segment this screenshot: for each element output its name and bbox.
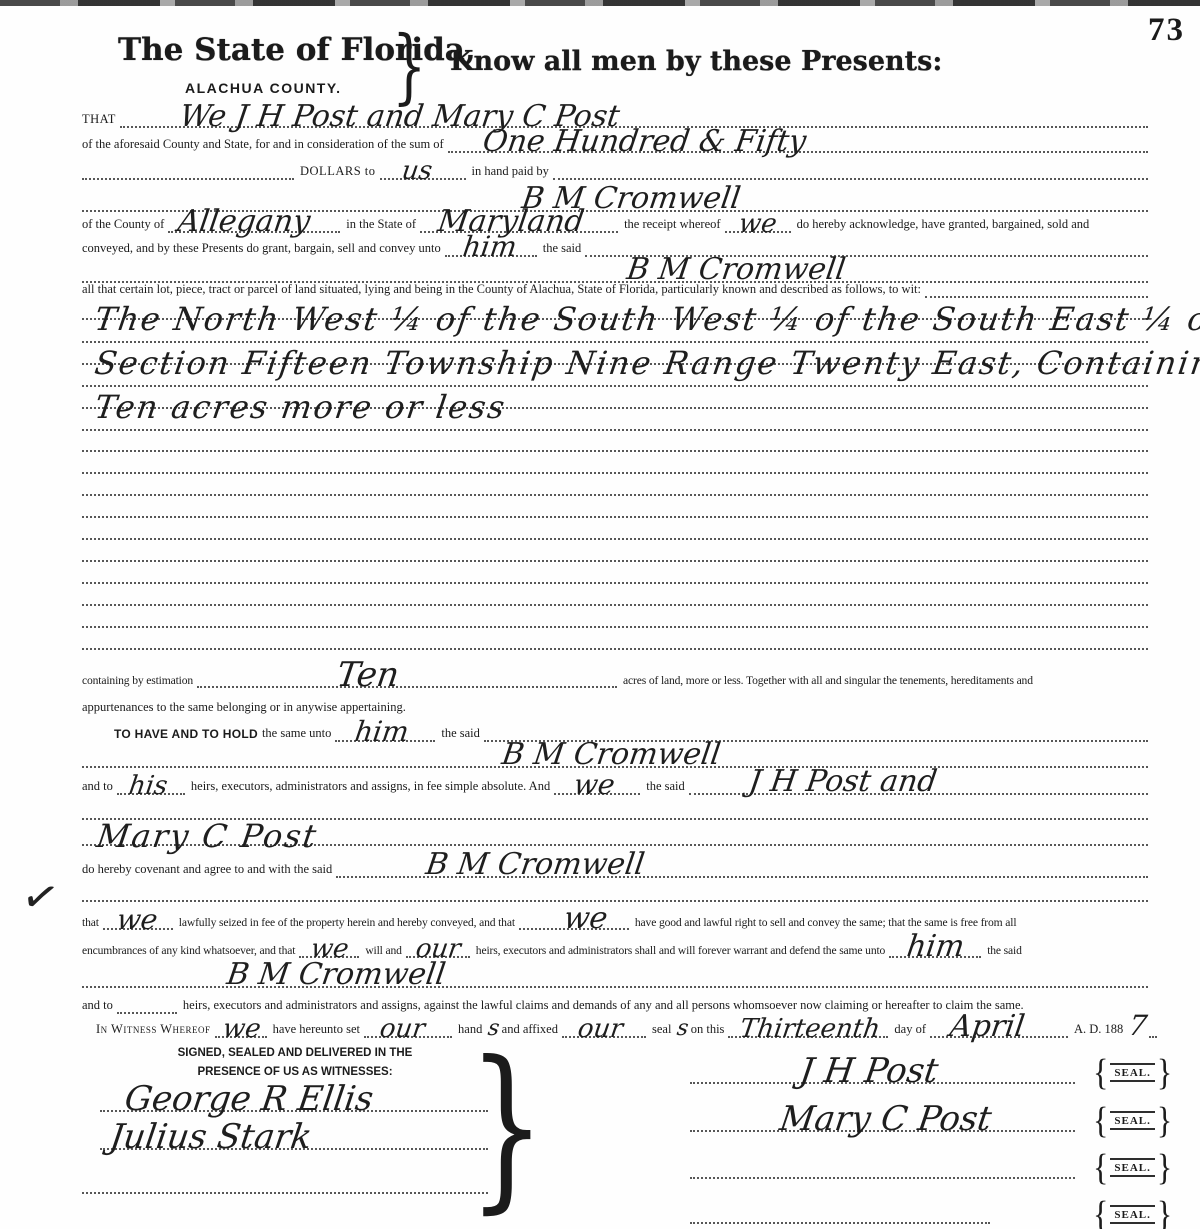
witness-heading-line1: SIGNED, SEALED AND DELIVERED IN THE — [150, 1044, 440, 1063]
seal-label: SEAL. — [1110, 1063, 1155, 1082]
seal-open-brace: { — [1093, 1056, 1108, 1089]
line-estimation: containing by estimation Ten acres of la… — [82, 662, 1148, 688]
signer1-signature: J H Post — [798, 1054, 941, 1088]
warrant-name-handwriting: B M Cromwell — [225, 960, 447, 990]
checkmark-icon: ✓ — [17, 869, 64, 927]
seal-stamp: { SEAL. } — [1093, 1058, 1172, 1087]
warrant-name-blank: B M Cromwell — [82, 982, 1148, 988]
scan-edge-artifact — [0, 0, 1200, 6]
seal-stamp: { SEAL. } — [1093, 1200, 1172, 1229]
seal-open-brace: { — [1093, 1198, 1108, 1229]
witness-heading: SIGNED, SEALED AND DELIVERED IN THE PRES… — [150, 1044, 440, 1082]
line-heirs: and to his heirs, executors, administrat… — [82, 769, 1148, 795]
grantor2-handwriting: Mary C Post — [95, 820, 320, 852]
ad-year-label: A. D. 188 — [1068, 1022, 1127, 1038]
seized-we2-blank: we — [519, 924, 629, 930]
ruled-line — [82, 878, 1148, 902]
signer-signature-line — [690, 1198, 990, 1224]
seal-stamp: { SEAL. } — [1093, 1153, 1172, 1182]
seized-we1-blank: we — [103, 924, 173, 930]
line-witness-clause: In Witness Whereof we have hereunto set … — [96, 1012, 1148, 1038]
containing-label: containing by estimation — [82, 674, 197, 688]
wc-month-blank: April — [930, 1032, 1068, 1038]
dollars-to-handwriting: us — [400, 158, 434, 184]
header-brace: } — [392, 26, 426, 107]
line-grantor2: Mary C Post — [82, 818, 1148, 846]
sum-blank: One Hundred & Fifty — [448, 147, 1148, 153]
warrant-label: heirs, executors and administrators shal… — [470, 944, 889, 958]
seal-close-brace: } — [1157, 1151, 1172, 1184]
seized-we1-handwriting: we — [115, 906, 159, 934]
wc-our2-blank: our — [562, 1032, 646, 1038]
heirs-we-handwriting: we — [572, 771, 616, 799]
seized-we2-handwriting: we — [562, 904, 609, 934]
seal-close-brace: } — [1157, 1198, 1172, 1229]
hereunto-set-label: have hereunto set — [267, 1022, 364, 1038]
witness2-signature: Julius Stark — [108, 1120, 314, 1154]
line-appurtenances: appurtenances to the same belonging or i… — [82, 692, 1148, 716]
ruled-line — [82, 604, 1148, 628]
grantor2-blank: Mary C Post — [82, 840, 1148, 846]
enc-said-label: the said — [981, 944, 1026, 958]
signer-signature-line: J H Post — [690, 1058, 1075, 1084]
enc-him-handwriting: him — [905, 932, 966, 962]
heirs-andto-label: and to — [82, 779, 117, 795]
line-consideration: of the aforesaid County and State, for a… — [82, 127, 1148, 153]
line-warrant-name: B M Cromwell — [82, 960, 1148, 988]
line-conveyed: conveyed, and by these Presents do grant… — [82, 231, 1148, 257]
seal-label: SEAL. — [1110, 1111, 1155, 1130]
encumbrances-label: encumbrances of any kind whatsoever, and… — [82, 944, 299, 958]
leading-blank — [82, 174, 294, 180]
signer-signature-line: Mary C Post — [690, 1106, 1075, 1132]
lawful-right-label: have good and lawful right to sell and c… — [629, 916, 1021, 930]
county-subtitle: ALACHUA COUNTY. — [185, 80, 342, 96]
on-this-label: on this — [691, 1022, 729, 1038]
ruled-line — [82, 516, 1148, 540]
ruled-line — [82, 538, 1148, 562]
heirs-we-blank: we — [554, 789, 640, 795]
appurtenances-label: appurtenances to the same belonging or i… — [82, 700, 410, 716]
ruled-line — [82, 582, 1148, 606]
seal-label: SEAL. — [1110, 1205, 1155, 1224]
covenant-name-handwriting: B M Cromwell — [424, 850, 646, 880]
line-dollars: DOLLARS to us in hand paid by — [82, 154, 1148, 180]
wc-day-blank: Thirteenth — [728, 1032, 888, 1038]
signer-signature-line — [690, 1153, 1075, 1179]
wc-our1-handwriting: our — [378, 1016, 426, 1042]
line-encumbrances: encumbrances of any kind whatsoever, and… — [82, 932, 1148, 958]
acres-label: acres of land, more or less. Together wi… — [617, 674, 1037, 688]
ruled-line — [82, 450, 1148, 474]
witness1-signature: George R Ellis — [123, 1082, 376, 1116]
ruled-line — [82, 428, 1148, 452]
seized-that-label: that — [82, 916, 103, 930]
acres-handwriting: Ten — [335, 658, 401, 692]
consideration-label: of the aforesaid County and State, for a… — [82, 137, 448, 153]
heirs-name-handwriting: J H Post and — [747, 767, 939, 797]
heirs-said-label: the said — [640, 779, 689, 795]
heirs-label: heirs, executors, administrators and ass… — [185, 779, 554, 795]
line-covenant: do hereby covenant and agree to and with… — [82, 852, 1148, 878]
wc-our2-handwriting: our — [576, 1016, 624, 1042]
witness-brace: } — [468, 1038, 546, 1215]
enc-him-blank: him — [889, 952, 981, 958]
description-handwriting-line2: Section Fifteen Township Nine Range Twen… — [93, 347, 1200, 379]
wc-month-handwriting: April — [948, 1012, 1027, 1042]
ruled-line — [82, 560, 1148, 584]
signer2-signature: Mary C Post — [778, 1102, 994, 1136]
heirs-name-blank: J H Post and — [689, 789, 1148, 795]
wc-we-handwriting: we — [221, 1016, 262, 1042]
will-and-label: will and — [359, 944, 405, 958]
dollars-to-blank: us — [380, 174, 466, 180]
paid-by-blank — [553, 174, 1148, 180]
seal-open-brace: { — [1093, 1151, 1108, 1184]
paid-by-label: in hand paid by — [466, 164, 553, 180]
habendum-name-handwriting: B M Cromwell — [500, 740, 722, 770]
wc-day-handwriting: Thirteenth — [739, 1016, 883, 1042]
wc-our1-blank: our — [364, 1032, 452, 1038]
seal-stamp: { SEAL. } — [1093, 1106, 1172, 1135]
his-blank: his — [117, 789, 185, 795]
description-handwriting-line3: Ten acres more or less — [93, 391, 509, 423]
day-of-label: day of — [888, 1022, 930, 1038]
ruled-line — [82, 472, 1148, 496]
seal-open-brace: { — [1093, 1104, 1108, 1137]
dollars-label: DOLLARS to — [294, 164, 380, 180]
seal-close-brace: } — [1157, 1104, 1172, 1137]
witness-signature-line: Julius Stark — [100, 1124, 488, 1150]
seized-label: lawfully seized in fee of the property h… — [173, 916, 519, 930]
proclamation-title: Know all men by these Presents: — [450, 46, 942, 77]
seal-s-handwriting: s — [674, 1018, 692, 1040]
description-handwriting-line1: The North West ¼ of the South West ¼ of … — [93, 303, 1200, 335]
line-seized: that we lawfully seized in fee of the pr… — [82, 904, 1148, 930]
in-witness-whereof-label: In Witness Whereof — [96, 1022, 215, 1038]
witness-signature-line: George R Ellis — [100, 1086, 488, 1112]
ruled-line — [82, 626, 1148, 650]
sum-handwriting: One Hundred & Fifty — [481, 127, 808, 157]
covenant-label: do hereby covenant and agree to and with… — [82, 862, 336, 878]
line-habendum-name: B M Cromwell — [82, 740, 1148, 768]
deed-document-page: 73 The State of Florida, } ALACHUA COUNT… — [0, 0, 1200, 1229]
line-county: of the County of Allegany in the State o… — [82, 207, 1148, 233]
year-digit-handwriting: 7 — [1125, 1012, 1151, 1040]
that-label: THAT — [82, 112, 120, 128]
line-description-intro: all that certain lot, piece, tract or pa… — [82, 276, 1148, 298]
wc-we-blank: we — [215, 1032, 267, 1038]
seal-word-label: seal — [646, 1022, 675, 1038]
page-number: 73 — [1148, 12, 1185, 49]
wc-trailing-blank — [1149, 1032, 1157, 1038]
seal-close-brace: } — [1157, 1056, 1172, 1089]
seal-label: SEAL. — [1110, 1158, 1155, 1177]
acres-blank: Ten — [197, 682, 617, 688]
witness-signature-line — [82, 1168, 488, 1194]
ruled-line — [82, 494, 1148, 518]
